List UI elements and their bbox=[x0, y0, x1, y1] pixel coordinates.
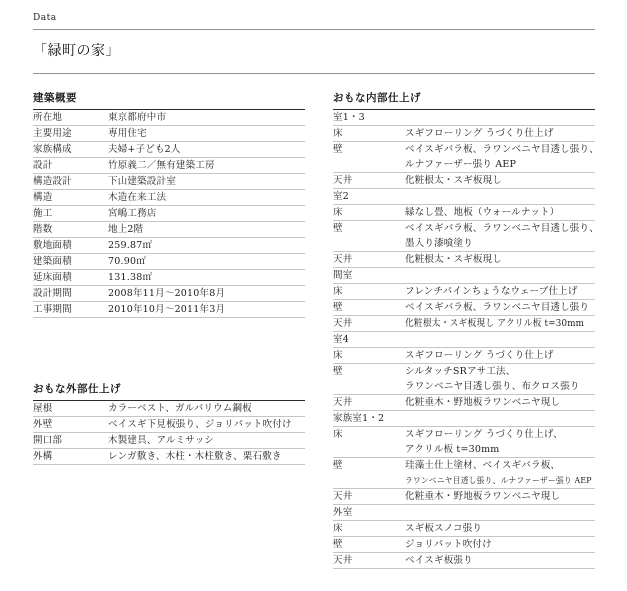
row-label: 家族構成 bbox=[33, 142, 108, 157]
row-value: 化粧根太・スギ板現し bbox=[405, 252, 595, 267]
value-line: スギフローリング うづくり仕上げ bbox=[405, 126, 595, 141]
subsection-label: 間室 bbox=[333, 268, 595, 283]
table-row: 壁珪藻土仕上塗材、ベイスギバラ板、ラワンベニヤ目透し張り、ルナファーザー張り A… bbox=[333, 458, 595, 489]
row-value: 宮嶋工務店 bbox=[108, 206, 305, 221]
subsection-label: 外室 bbox=[333, 505, 595, 520]
value-line: フレンチパインちょうなウェーブ仕上げ bbox=[405, 284, 595, 299]
page-title: 「緑町の家」 bbox=[33, 30, 595, 74]
row-label: 開口部 bbox=[33, 433, 108, 448]
value-line: シルタッチSRアサ工法、 bbox=[405, 364, 595, 379]
row-label: 天井 bbox=[333, 395, 405, 410]
building-overview-table: 建築概要 所在地東京都府中市主要用途専用住宅家族構成夫婦+子ども2人設計竹原義二… bbox=[33, 90, 305, 318]
value-line: 下山建築設計室 bbox=[108, 174, 305, 189]
value-line: 縁なし畳、地板（ウォールナット） bbox=[405, 205, 595, 220]
value-line: 2010年10月～2011年3月 bbox=[108, 302, 305, 317]
row-label: 壁 bbox=[333, 142, 405, 157]
page-eyebrow-label: Data bbox=[33, 13, 595, 30]
row-value: 下山建築設計室 bbox=[108, 174, 305, 189]
subsection-label: 室4 bbox=[333, 332, 595, 347]
row-value: 化粧垂木・野地板ラワンベニヤ現し bbox=[405, 489, 595, 504]
row-label: 構造設計 bbox=[33, 174, 108, 189]
row-label: 天井 bbox=[333, 553, 405, 568]
subsection-label: 室1・3 bbox=[333, 110, 595, 125]
table-row: 天井化粧根太・スギ板現し bbox=[333, 252, 595, 268]
value-line: 地上2階 bbox=[108, 222, 305, 237]
value-line: ベイスギ下見板張り、ジョリパット吹付け bbox=[108, 417, 305, 432]
table-row: 設計期間2008年11月～2010年8月 bbox=[33, 286, 305, 302]
table-row: 壁ベイスギバラ板、ラワンベニヤ目透し張り、ルナファーザー張り AEP bbox=[333, 142, 595, 173]
value-line: 259.87㎡ bbox=[108, 238, 305, 253]
value-line: スギフローリング うづくり仕上げ、 bbox=[405, 427, 595, 442]
row-label: 所在地 bbox=[33, 110, 108, 125]
row-value: フレンチパインちょうなウェーブ仕上げ bbox=[405, 284, 595, 299]
row-value: 化粧垂木・野地板ラワンベニヤ現し bbox=[405, 395, 595, 410]
row-value: 専用住宅 bbox=[108, 126, 305, 141]
row-label: 床 bbox=[333, 205, 405, 220]
table-row: 家族構成夫婦+子ども2人 bbox=[33, 142, 305, 158]
row-value: 木製建具、アルミサッシ bbox=[108, 433, 305, 448]
row-label: 壁 bbox=[333, 458, 405, 473]
value-line: 70.90㎡ bbox=[108, 254, 305, 269]
table-row: 階数地上2階 bbox=[33, 222, 305, 238]
row-label: 工事期間 bbox=[33, 302, 108, 317]
row-value: ベイスギ板張り bbox=[405, 553, 595, 568]
table-row: 壁シルタッチSRアサ工法、ラワンベニヤ目透し張り、布クロス張り bbox=[333, 364, 595, 395]
table-row: 床スギ板スノコ張り bbox=[333, 521, 595, 537]
row-label: 設計 bbox=[33, 158, 108, 173]
row-value: 地上2階 bbox=[108, 222, 305, 237]
value-line: 木製建具、アルミサッシ bbox=[108, 433, 305, 448]
content-columns: 建築概要 所在地東京都府中市主要用途専用住宅家族構成夫婦+子ども2人設計竹原義二… bbox=[33, 90, 595, 569]
table-row: 天井ベイスギ板張り bbox=[333, 553, 595, 569]
subsection-row: 室1・3 bbox=[333, 110, 595, 126]
table-row: 開口部木製建具、アルミサッシ bbox=[33, 433, 305, 449]
table-row: 建築面積70.90㎡ bbox=[33, 254, 305, 270]
table-row: 天井化粧垂木・野地板ラワンベニヤ現し bbox=[333, 489, 595, 505]
table-row: 主要用途専用住宅 bbox=[33, 126, 305, 142]
row-value: ジョリパット吹付け bbox=[405, 537, 595, 552]
row-label: 外構 bbox=[33, 449, 108, 464]
row-label: 主要用途 bbox=[33, 126, 108, 141]
table-row: 天井化粧根太・スギ板現し アクリル板 t=30mm bbox=[333, 316, 595, 332]
row-label: 床 bbox=[333, 284, 405, 299]
row-label: 天井 bbox=[333, 316, 405, 331]
row-label: 床 bbox=[333, 427, 405, 442]
value-line: ラワンベニヤ目透し張り、ルナファーザー張り AEP bbox=[405, 473, 589, 488]
row-value: 259.87㎡ bbox=[108, 238, 305, 253]
building-overview-rows: 所在地東京都府中市主要用途専用住宅家族構成夫婦+子ども2人設計竹原義二／無有建築… bbox=[33, 110, 305, 318]
row-value: スギ板スノコ張り bbox=[405, 521, 595, 536]
interior-finishes-table: おもな内部仕上げ 室1・3床スギフローリング うづくり仕上げ壁ベイスギバラ板、ラ… bbox=[333, 90, 595, 569]
row-label: 床 bbox=[333, 126, 405, 141]
row-value: ベイスギ下見板張り、ジョリパット吹付け bbox=[108, 417, 305, 432]
value-line: 131.38㎡ bbox=[108, 270, 305, 285]
table-row: 床縁なし畳、地板（ウォールナット） bbox=[333, 205, 595, 221]
right-column: おもな内部仕上げ 室1・3床スギフローリング うづくり仕上げ壁ベイスギバラ板、ラ… bbox=[333, 90, 595, 569]
row-value: 竹原義二／無有建築工房 bbox=[108, 158, 305, 173]
row-value: 夫婦+子ども2人 bbox=[108, 142, 305, 157]
left-column: 建築概要 所在地東京都府中市主要用途専用住宅家族構成夫婦+子ども2人設計竹原義二… bbox=[33, 90, 305, 465]
table-row: 施工宮嶋工務店 bbox=[33, 206, 305, 222]
value-line: 墨入り漆喰塗り bbox=[405, 236, 595, 251]
row-label: 構造 bbox=[33, 190, 108, 205]
row-value: 化粧根太・スギ板現し アクリル板 t=30mm bbox=[405, 316, 595, 331]
row-label: 天井 bbox=[333, 489, 405, 504]
table-row: 外壁ベイスギ下見板張り、ジョリパット吹付け bbox=[33, 417, 305, 433]
value-line: ベイスギバラ板、ラワンベニヤ目透し張り、 bbox=[405, 221, 595, 236]
row-label: 設計期間 bbox=[33, 286, 108, 301]
row-label: 壁 bbox=[333, 300, 405, 315]
table-row: 敷地面積259.87㎡ bbox=[33, 238, 305, 254]
row-value: 2008年11月～2010年8月 bbox=[108, 286, 305, 301]
row-value: スギフローリング うづくり仕上げ、アクリル板 t=30mm bbox=[405, 427, 595, 457]
value-line: 2008年11月～2010年8月 bbox=[108, 286, 305, 301]
value-line: アクリル板 t=30mm bbox=[405, 442, 595, 457]
table-row: 工事期間2010年10月～2011年3月 bbox=[33, 302, 305, 318]
row-value: 2010年10月～2011年3月 bbox=[108, 302, 305, 317]
row-value: 化粧根太・スギ板現し bbox=[405, 173, 595, 188]
value-line: ベイスギ板張り bbox=[405, 553, 595, 568]
table-row: 床フレンチパインちょうなウェーブ仕上げ bbox=[333, 284, 595, 300]
value-line: レンガ敷き、木柱・木柱敷き、栗石敷き bbox=[108, 449, 305, 464]
value-line: 化粧垂木・野地板ラワンベニヤ現し bbox=[405, 489, 595, 504]
row-value: スギフローリング うづくり仕上げ bbox=[405, 348, 595, 363]
value-line: スギフローリング うづくり仕上げ bbox=[405, 348, 595, 363]
value-line: ジョリパット吹付け bbox=[405, 537, 595, 552]
row-label: 天井 bbox=[333, 252, 405, 267]
value-line: スギ板スノコ張り bbox=[405, 521, 595, 536]
value-line: ベイスギバラ板、ラワンベニヤ目透し張り bbox=[405, 300, 595, 315]
row-value: ベイスギバラ板、ラワンベニヤ目透し張り bbox=[405, 300, 595, 315]
value-line: 珪藻土仕上塗材、ベイスギバラ板、 bbox=[405, 458, 595, 473]
row-value: レンガ敷き、木柱・木柱敷き、栗石敷き bbox=[108, 449, 305, 464]
row-label: 階数 bbox=[33, 222, 108, 237]
subsection-label: 室2 bbox=[333, 189, 595, 204]
row-value: スギフローリング うづくり仕上げ bbox=[405, 126, 595, 141]
subsection-row: 室4 bbox=[333, 332, 595, 348]
table-row: 床スギフローリング うづくり仕上げ bbox=[333, 126, 595, 142]
value-line: カラーベスト、ガルバリウム鋼板 bbox=[108, 401, 305, 416]
exterior-finishes-rows: 屋根カラーベスト、ガルバリウム鋼板外壁ベイスギ下見板張り、ジョリパット吹付け開口… bbox=[33, 401, 305, 465]
value-line: ルナファーザー張り AEP bbox=[405, 157, 595, 172]
table-row: 延床面積131.38㎡ bbox=[33, 270, 305, 286]
row-value: シルタッチSRアサ工法、ラワンベニヤ目透し張り、布クロス張り bbox=[405, 364, 595, 394]
row-value: 木造在来工法 bbox=[108, 190, 305, 205]
row-label: 外壁 bbox=[33, 417, 108, 432]
row-label: 敷地面積 bbox=[33, 238, 108, 253]
value-line: 東京都府中市 bbox=[108, 110, 305, 125]
row-label: 天井 bbox=[333, 173, 405, 188]
value-line: 竹原義二／無有建築工房 bbox=[108, 158, 305, 173]
row-label: 壁 bbox=[333, 364, 405, 379]
row-label: 壁 bbox=[333, 221, 405, 236]
subsection-row: 室2 bbox=[333, 189, 595, 205]
value-line: ベイスギバラ板、ラワンベニヤ目透し張り、 bbox=[405, 142, 595, 157]
row-label: 床 bbox=[333, 521, 405, 536]
value-line: 化粧根太・スギ板現し bbox=[405, 173, 595, 188]
subsection-row: 家族室1・2 bbox=[333, 411, 595, 427]
value-line: 化粧根太・スギ板現し bbox=[405, 252, 595, 267]
row-label: 建築面積 bbox=[33, 254, 108, 269]
row-label: 壁 bbox=[333, 537, 405, 552]
interior-finishes-rows: 室1・3床スギフローリング うづくり仕上げ壁ベイスギバラ板、ラワンベニヤ目透し張… bbox=[333, 110, 595, 569]
exterior-finishes-title: おもな外部仕上げ bbox=[33, 381, 305, 401]
row-value: 131.38㎡ bbox=[108, 270, 305, 285]
table-row: 床スギフローリング うづくり仕上げ bbox=[333, 348, 595, 364]
value-line: 夫婦+子ども2人 bbox=[108, 142, 305, 157]
table-row: 屋根カラーベスト、ガルバリウム鋼板 bbox=[33, 401, 305, 417]
exterior-finishes-table: おもな外部仕上げ 屋根カラーベスト、ガルバリウム鋼板外壁ベイスギ下見板張り、ジョ… bbox=[33, 381, 305, 465]
table-row: 所在地東京都府中市 bbox=[33, 110, 305, 126]
table-row: 設計竹原義二／無有建築工房 bbox=[33, 158, 305, 174]
table-row: 構造設計下山建築設計室 bbox=[33, 174, 305, 190]
table-row: 外構レンガ敷き、木柱・木柱敷き、栗石敷き bbox=[33, 449, 305, 465]
data-page: Data 「緑町の家」 建築概要 所在地東京都府中市主要用途専用住宅家族構成夫婦… bbox=[0, 0, 627, 569]
table-row: 壁ベイスギバラ板、ラワンベニヤ目透し張り bbox=[333, 300, 595, 316]
value-line: 化粧根太・スギ板現し アクリル板 t=30mm bbox=[405, 316, 580, 331]
row-label: 施工 bbox=[33, 206, 108, 221]
row-value: 縁なし畳、地板（ウォールナット） bbox=[405, 205, 595, 220]
subsection-row: 間室 bbox=[333, 268, 595, 284]
row-label: 延床面積 bbox=[33, 270, 108, 285]
table-row: 壁ベイスギバラ板、ラワンベニヤ目透し張り、墨入り漆喰塗り bbox=[333, 221, 595, 252]
row-value: ベイスギバラ板、ラワンベニヤ目透し張り、墨入り漆喰塗り bbox=[405, 221, 595, 251]
row-value: 珪藻土仕上塗材、ベイスギバラ板、ラワンベニヤ目透し張り、ルナファーザー張り AE… bbox=[405, 458, 595, 488]
interior-finishes-title: おもな内部仕上げ bbox=[333, 90, 595, 110]
value-line: 専用住宅 bbox=[108, 126, 305, 141]
subsection-row: 外室 bbox=[333, 505, 595, 521]
building-overview-title: 建築概要 bbox=[33, 90, 305, 110]
value-line: 化粧垂木・野地板ラワンベニヤ現し bbox=[405, 395, 595, 410]
row-value: ベイスギバラ板、ラワンベニヤ目透し張り、ルナファーザー張り AEP bbox=[405, 142, 595, 172]
value-line: ラワンベニヤ目透し張り、布クロス張り bbox=[405, 379, 595, 394]
subsection-label: 家族室1・2 bbox=[333, 411, 595, 426]
table-row: 天井化粧垂木・野地板ラワンベニヤ現し bbox=[333, 395, 595, 411]
row-label: 床 bbox=[333, 348, 405, 363]
row-label: 屋根 bbox=[33, 401, 108, 416]
value-line: 木造在来工法 bbox=[108, 190, 305, 205]
table-row: 構造木造在来工法 bbox=[33, 190, 305, 206]
table-row: 床スギフローリング うづくり仕上げ、アクリル板 t=30mm bbox=[333, 427, 595, 458]
value-line: 宮嶋工務店 bbox=[108, 206, 305, 221]
table-row: 壁ジョリパット吹付け bbox=[333, 537, 595, 553]
table-row: 天井化粧根太・スギ板現し bbox=[333, 173, 595, 189]
row-value: 東京都府中市 bbox=[108, 110, 305, 125]
row-value: カラーベスト、ガルバリウム鋼板 bbox=[108, 401, 305, 416]
row-value: 70.90㎡ bbox=[108, 254, 305, 269]
